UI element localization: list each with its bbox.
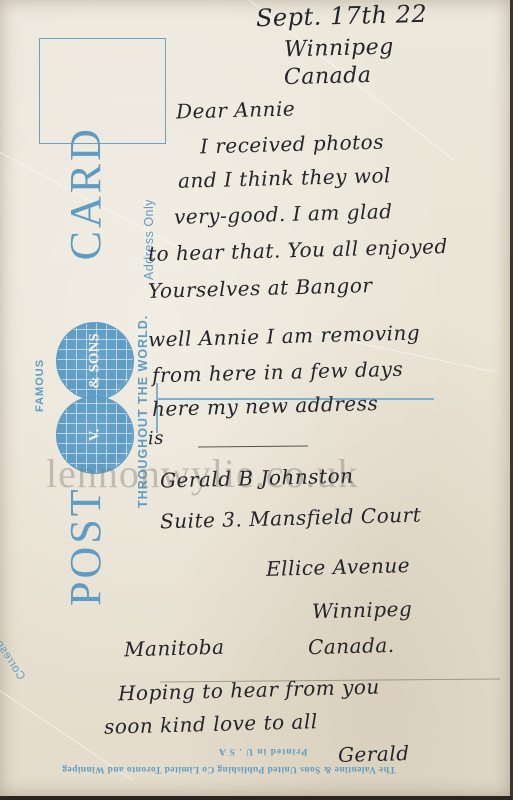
handwritten-country: Canada bbox=[284, 63, 372, 90]
postcard-back: POST CARD FAMOUS & SONS V. THROUGHOUT TH… bbox=[0, 0, 513, 800]
address-line-name: Gerald B Johnston bbox=[160, 463, 354, 492]
handwritten-city: Winnipeg bbox=[284, 35, 394, 63]
address-only-note: Address Only bbox=[142, 199, 156, 280]
brand-prefix: FAMOUS bbox=[34, 359, 46, 412]
globe-label-v: V. bbox=[87, 429, 104, 442]
correspondence-note: Correspondence bbox=[0, 597, 27, 683]
body-line: to hear that. You all enjoyed bbox=[148, 234, 448, 266]
handwritten-date: Sept. 17th 22 bbox=[256, 0, 428, 32]
address-line-avenue: Ellice Avenue bbox=[266, 553, 411, 581]
body-line: Yourselves at Bangor bbox=[148, 273, 373, 303]
globe-label-sons: & SONS bbox=[87, 333, 104, 388]
address-line-street: Suite 3. Mansfield Court bbox=[160, 503, 422, 534]
body-line: very-good. I am glad bbox=[174, 199, 393, 229]
signature: Gerald bbox=[338, 741, 410, 767]
body-line: here my new address bbox=[152, 391, 379, 421]
closing-line: soon kind love to all bbox=[104, 709, 318, 739]
card-label: CARD bbox=[60, 126, 111, 260]
printed-in-note: Printed in U . S A bbox=[218, 746, 307, 756]
pen-stroke bbox=[198, 446, 308, 448]
body-line: from here in a few days bbox=[152, 357, 404, 388]
post-label: POST bbox=[60, 486, 111, 606]
address-line-country: Canada. bbox=[308, 633, 395, 659]
body-line: I received photos bbox=[200, 130, 385, 159]
globe-logo-top: & SONS bbox=[56, 322, 134, 400]
address-line-city: Winnipeg bbox=[312, 597, 413, 624]
salutation: Dear Annie bbox=[176, 96, 296, 123]
address-line-province: Manitoba bbox=[124, 635, 225, 662]
body-line: is bbox=[148, 428, 165, 449]
body-line: and I think they wol bbox=[178, 163, 391, 193]
closing-line: Hoping to hear from you bbox=[118, 675, 380, 706]
